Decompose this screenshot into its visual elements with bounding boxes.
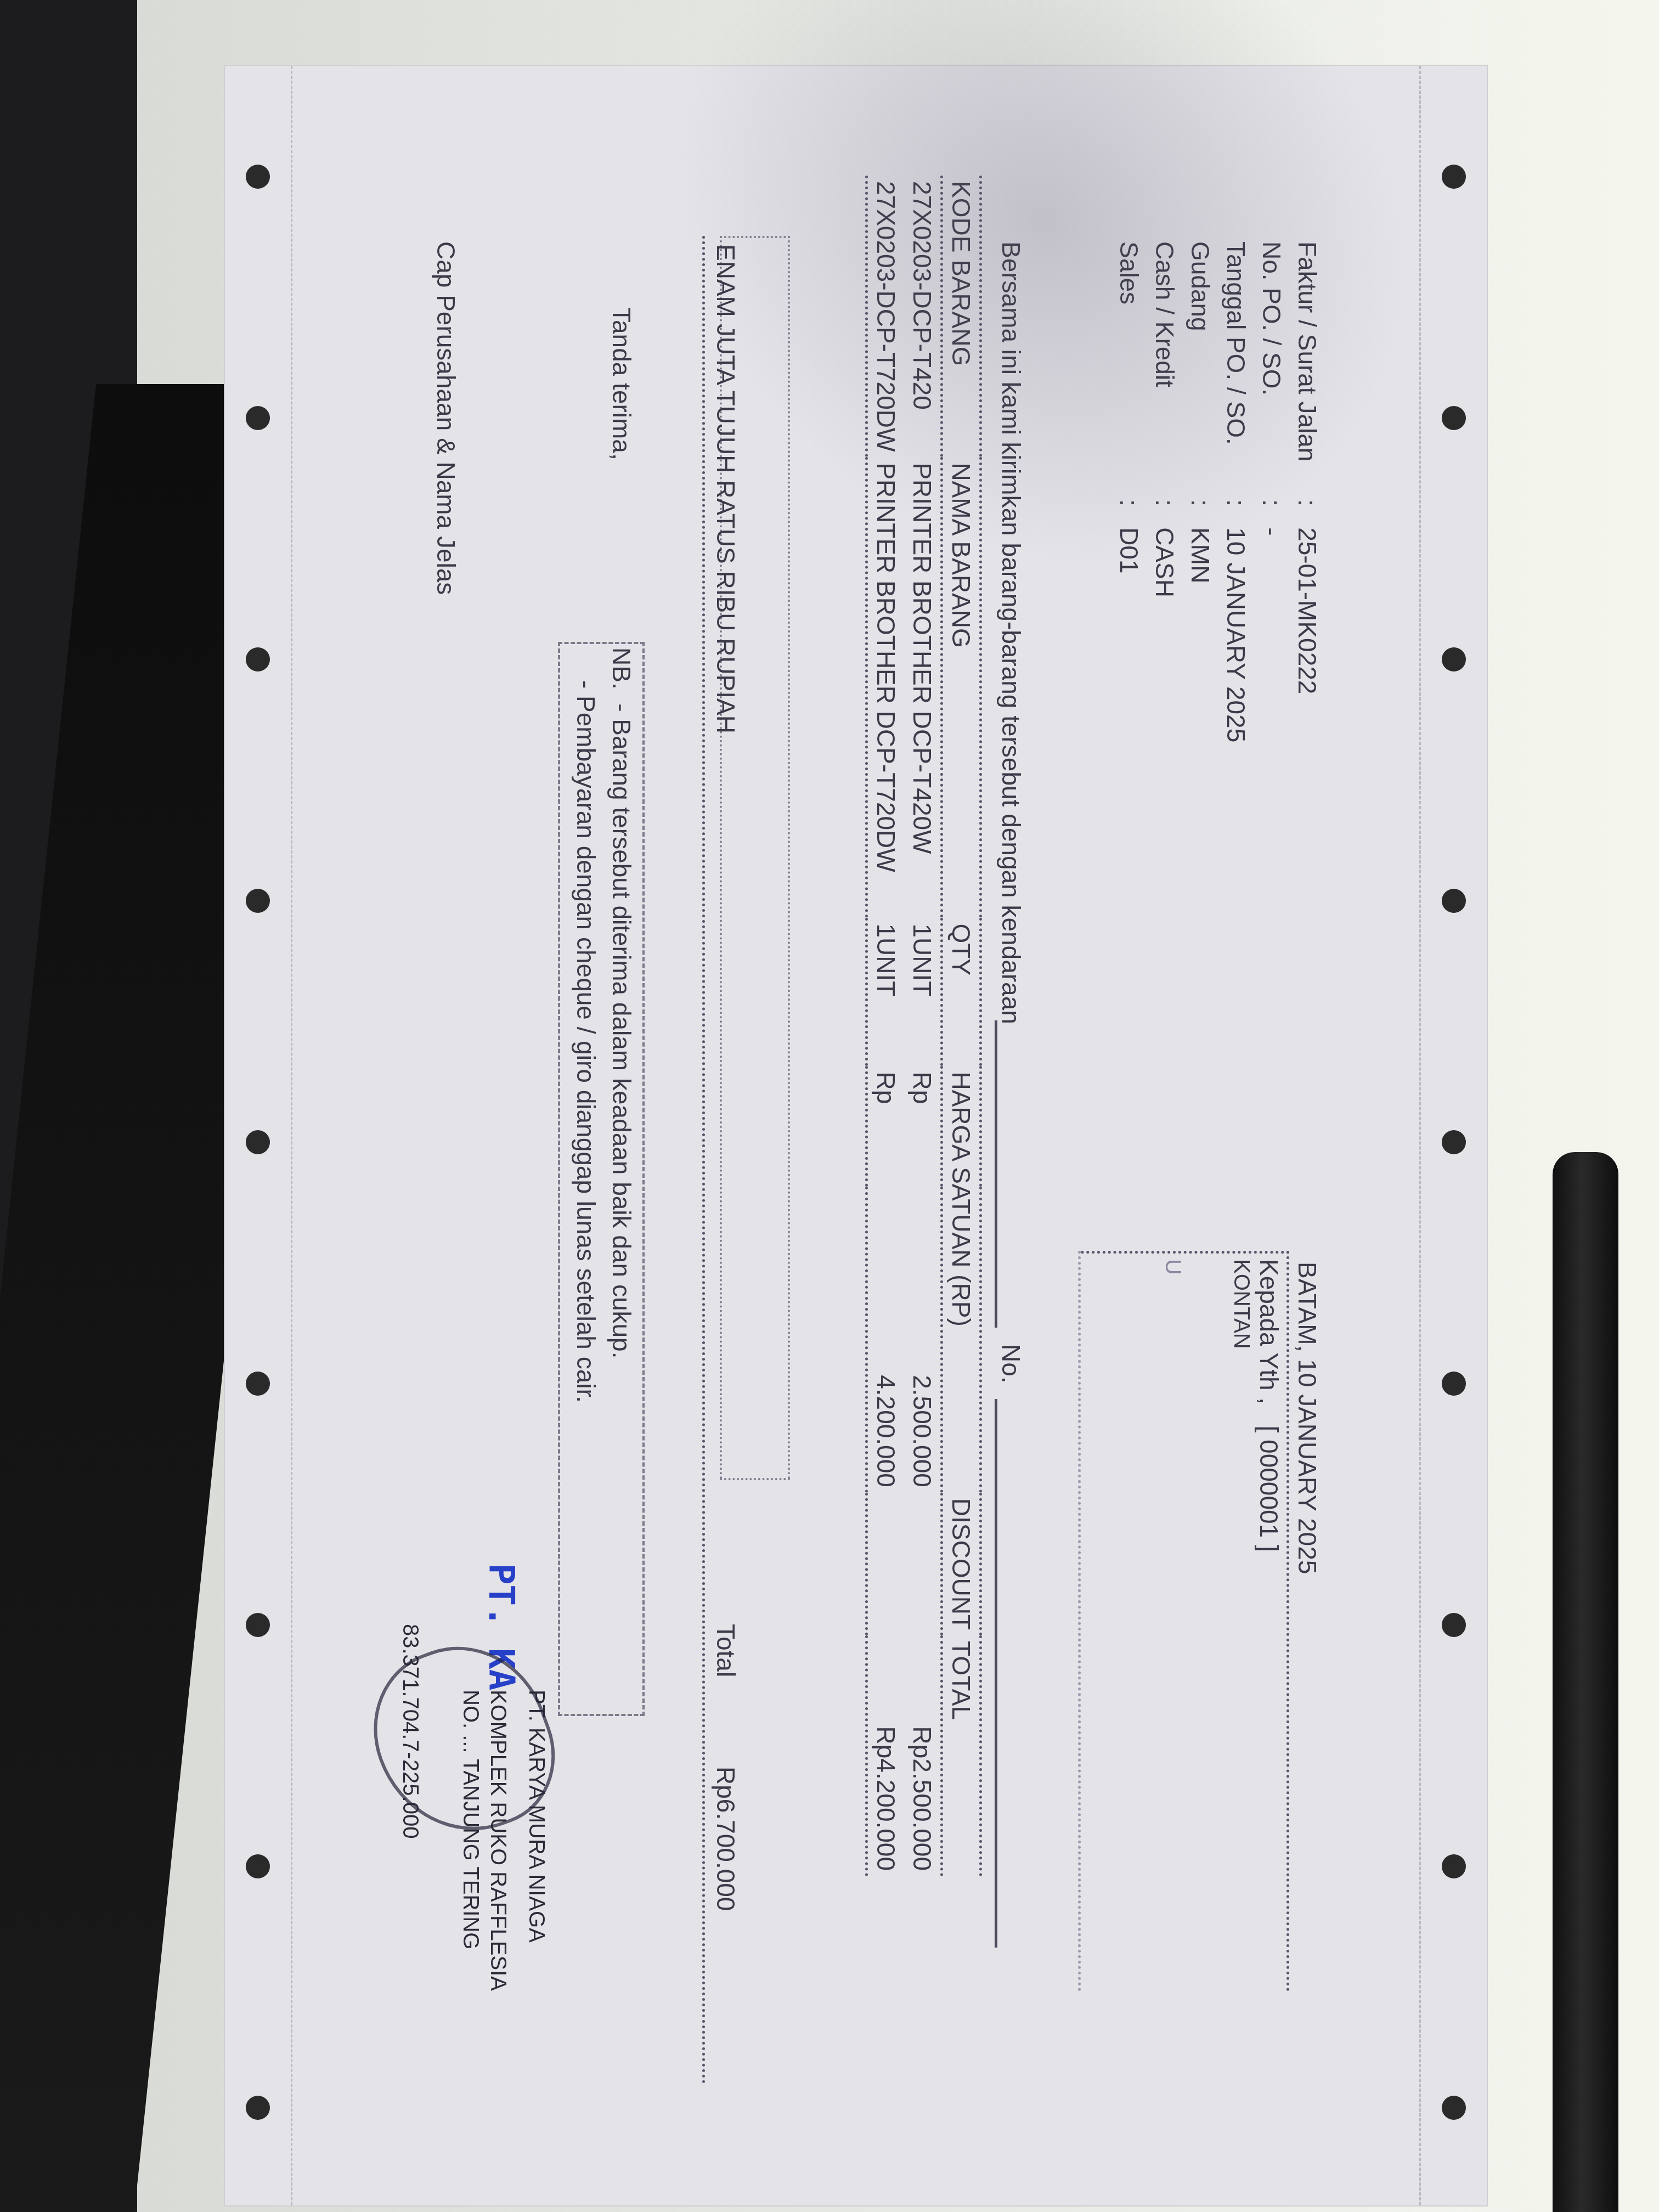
stamp-label: Cap Perusahaan & Nama Jelas bbox=[431, 241, 461, 595]
cell-total: Rp2.500.000 bbox=[904, 1635, 942, 1876]
note-text: - Barang tersebut diterima dalam keadaan… bbox=[607, 703, 636, 1358]
total-value: Rp6.700.000 bbox=[711, 1767, 741, 1911]
sprocket-hole bbox=[1442, 1130, 1466, 1154]
notes-line-1: NB. - Barang tersebut diterima dalam kea… bbox=[607, 647, 636, 1358]
cell-qty: 1UNIT bbox=[904, 918, 942, 1066]
col-total: TOTAL bbox=[942, 1635, 981, 1876]
col-qty: QTY bbox=[942, 918, 981, 1066]
field-value: 25-01-MK0222 bbox=[1293, 527, 1322, 694]
cell-harga: 4.200.000 bbox=[867, 1187, 905, 1492]
vehicle-no-label: No. bbox=[996, 1344, 1026, 1384]
cell-discount bbox=[867, 1493, 905, 1635]
recipient-line: Kepada Yth , [ 0000001 ] bbox=[1254, 1259, 1284, 1552]
sprocket-hole bbox=[1442, 647, 1466, 672]
sprocket-hole bbox=[246, 2096, 270, 2120]
sprocket-hole bbox=[246, 889, 270, 913]
sprocket-hole bbox=[246, 1130, 270, 1154]
cell-currency: Rp bbox=[904, 1066, 942, 1187]
sprocket-hole bbox=[1442, 1372, 1466, 1396]
cell-nama: PRINTER BROTHER DCP-T720DW bbox=[867, 457, 905, 918]
sprocket-strip-top bbox=[1419, 66, 1487, 2205]
divider bbox=[1078, 1251, 1081, 1991]
cell-discount bbox=[904, 1493, 942, 1635]
place-date: BATAM, 10 JANUARY 2025 bbox=[1293, 1262, 1322, 1574]
sprocket-hole bbox=[1442, 1854, 1466, 1878]
sprocket-hole bbox=[1442, 2096, 1466, 2120]
notes-line-2: - Pembayaran dengan cheque / giro diangg… bbox=[571, 680, 601, 1403]
divider bbox=[1286, 1251, 1289, 1991]
sprocket-hole bbox=[246, 406, 270, 430]
sprocket-hole bbox=[1442, 889, 1466, 913]
recipient-code: [ 0000001 ] bbox=[1255, 1426, 1283, 1552]
cell-qty: 1UNIT bbox=[867, 918, 905, 1066]
col-discount: DISCOUNT bbox=[942, 1493, 981, 1635]
sprocket-hole bbox=[246, 1613, 270, 1637]
sprocket-hole bbox=[246, 1372, 270, 1396]
cell-harga: 2.500.000 bbox=[904, 1187, 942, 1492]
cell-total: Rp4.200.000 bbox=[867, 1635, 905, 1876]
recipient-name: KONTAN bbox=[1229, 1259, 1254, 1349]
total-label: Total bbox=[711, 1624, 741, 1677]
pen bbox=[1553, 1152, 1618, 2212]
divider bbox=[1081, 1251, 1289, 1254]
recipient-extra: U bbox=[1160, 1259, 1185, 1275]
divider bbox=[702, 236, 705, 2085]
notes-label: NB. bbox=[607, 647, 636, 690]
sprocket-hole bbox=[246, 165, 270, 189]
sprocket-strip-bottom bbox=[225, 66, 292, 2205]
sprocket-hole bbox=[246, 1854, 270, 1878]
cell-currency: Rp bbox=[867, 1066, 905, 1187]
vehicle-line bbox=[995, 1020, 997, 1328]
recipient-label: Kepada Yth , bbox=[1255, 1259, 1283, 1404]
sprocket-hole bbox=[246, 647, 270, 672]
sprocket-hole bbox=[1442, 406, 1466, 430]
sprocket-hole bbox=[1442, 1613, 1466, 1637]
vehicle-no-line bbox=[995, 1399, 997, 1948]
col-harga-satuan: HARGA SATUAN (RP) bbox=[942, 1066, 981, 1492]
